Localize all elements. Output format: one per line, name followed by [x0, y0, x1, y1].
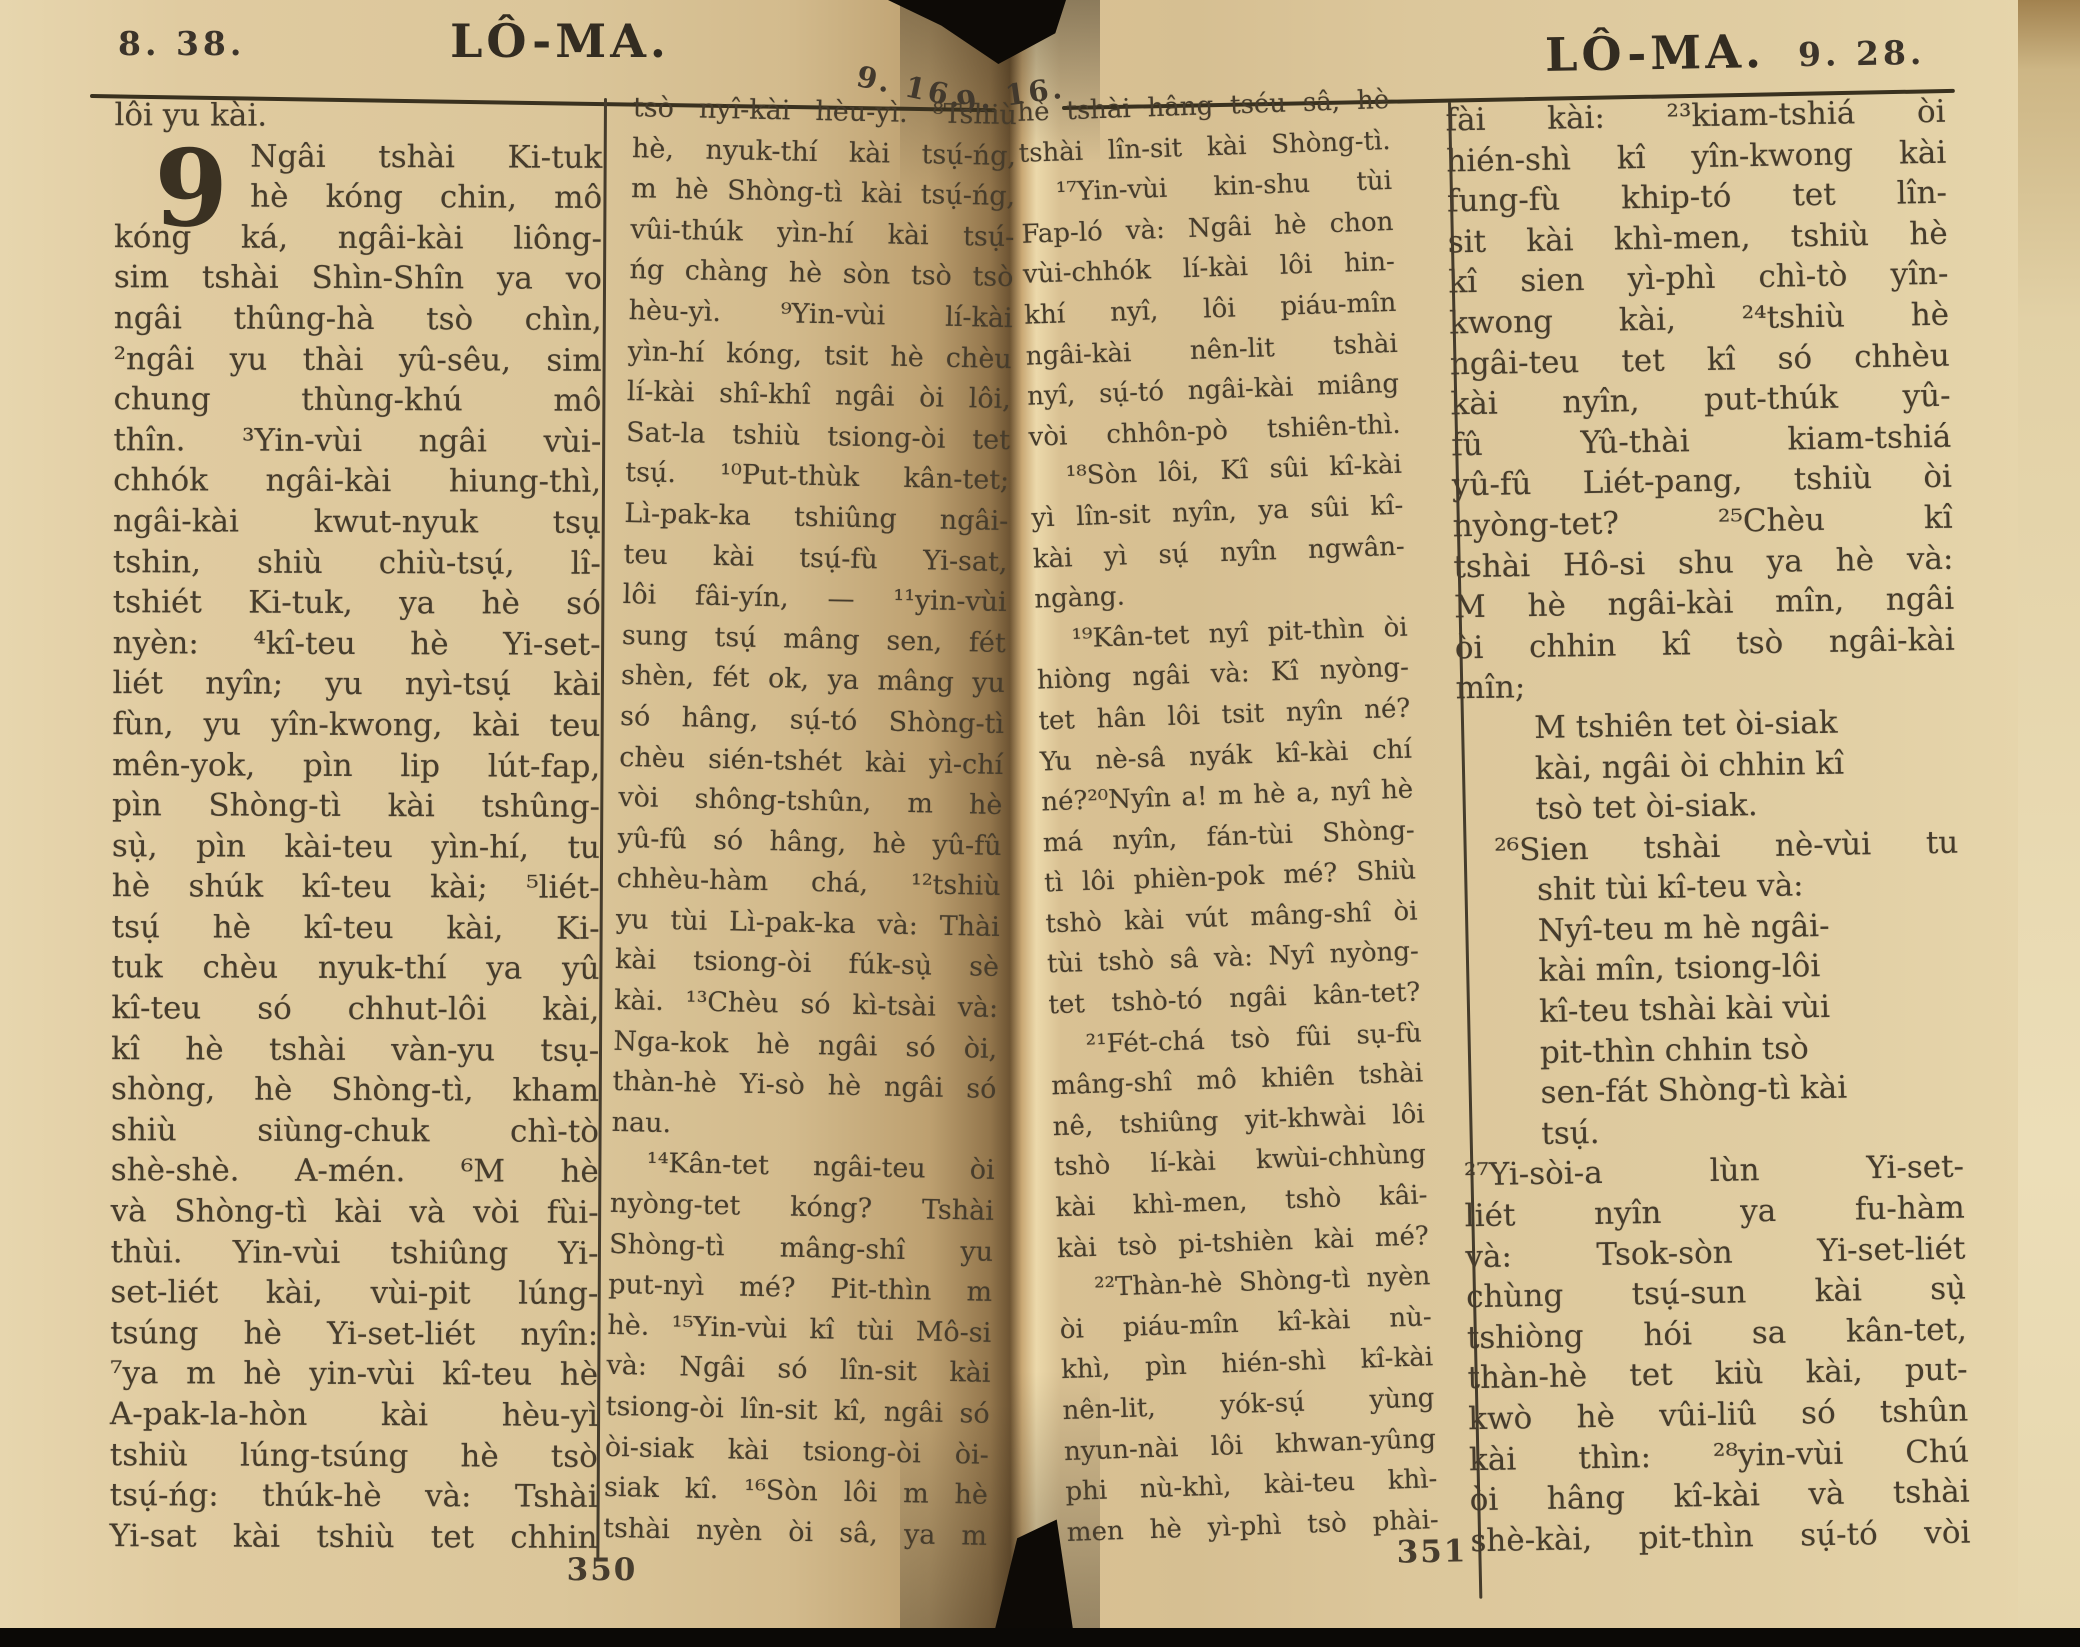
text-line: kî hè tshài vàn-yu tsụ- — [111, 1029, 599, 1071]
running-head-chapter-verse-left: 8. 38. — [118, 24, 245, 63]
page-number-left: 350 — [552, 1552, 652, 1588]
text-line: thîn. ³Yin-vùi ngâi vùi- — [113, 420, 601, 462]
text-line: fùn, yu yîn-kwong, kài teu — [112, 704, 600, 746]
text-line: ngâi thûng-hà tsò chìn, — [114, 298, 602, 340]
text-line: nyèn: ⁴kî-teu hè Yi-set- — [113, 623, 601, 665]
text-line: ⁷ya m hè yin-vùi kî-teu hè — [110, 1354, 598, 1396]
page-number-right: 351 — [1382, 1533, 1483, 1571]
text-line: thùi. Yin-vùi tshiûng Yi- — [110, 1232, 598, 1274]
book-title-right: LÔ-MA. — [1525, 24, 1786, 83]
text-line: kî-teu só chhut-lôi kài, — [111, 988, 599, 1030]
text-line: tshin, shiù chiù-tsụ́, lî- — [113, 542, 601, 584]
text-line: sim tshài Shìn-Shîn ya vo — [114, 258, 602, 300]
text-line: chung thùng-khú mô — [113, 379, 601, 421]
text-line: tsụ́-ńg: thúk-hè và: Tshài — [110, 1475, 598, 1517]
text-line: liét nyîn; yu nyì-tsụ́ kài — [112, 663, 600, 705]
text-line: shiù siùng-chuk chì-tò — [111, 1110, 599, 1152]
text-line: tsúng hè Yi-set-liét nyîn: — [110, 1313, 598, 1355]
running-head-chapter-verse-right: 9. 28. — [1798, 33, 1926, 74]
text-line: tsụ́ hè kî-teu kài, Ki- — [112, 907, 600, 949]
text-line: set-liét kài, vùi-pit lúng- — [110, 1272, 598, 1314]
scanner-bed-edge — [0, 1628, 2080, 1647]
text-line: mên-yok, pìn lip lút-fap, — [112, 745, 600, 787]
text-line: shè-shè. A-mén. ⁶M hè — [111, 1151, 599, 1193]
text-column-right-2: fài kài: ²³kiam-tshiá òihién-shì kî yîn-… — [1445, 92, 1970, 1562]
text-line: shòng, hè Shòng-tì, kham — [111, 1069, 599, 1111]
text-column-left-2: tsò nyî-kài hèu-yì. ⁸Tshiùhè, nyuk-thí k… — [603, 88, 1018, 1557]
text-line: Yi-sat kài tshiù tet chhin — [109, 1516, 597, 1558]
text-line: hè shúk kî-teu kài; ⁵liét- — [112, 866, 600, 908]
text-line: sụ̀, pìn kài-teu yìn-hí, tu — [112, 826, 600, 868]
book-fore-edge — [2018, 0, 2080, 1647]
text-line: tshiù lúng-tsúng hè tsò — [110, 1435, 598, 1477]
text-line: chhók ngâi-kài hiung-thì, — [113, 460, 601, 502]
text-line: ngâi-kài kwut-nyuk tsụ — [113, 501, 601, 543]
text-line: A-pak-la-hòn kài hèu-yì — [110, 1394, 598, 1436]
text-line: tshiét Ki-tuk, ya hè só — [113, 582, 601, 624]
text-line: ²ngâi yu thài yû-sêu, sim — [114, 339, 602, 381]
text-column-left-1: 9 lôi yu kài.Ngâi tshài Ki-tukhè kóng ch… — [109, 95, 602, 1558]
text-column-right-1: hè tshài hâng tséu sâ, hètshài lîn-sit k… — [1017, 80, 1440, 1553]
text-line: và Shòng-tì kài và vòi fùi- — [111, 1191, 599, 1233]
book-title-left: LÔ-MA. — [430, 14, 690, 68]
text-line: pìn Shòng-tì kài tshûng- — [112, 785, 600, 827]
text-line: tshài nyèn òi sâ, ya m — [603, 1509, 988, 1558]
book-scan: 8. 38. LÔ-MA. 9. 16. 9. 16. LÔ-MA. 9. 28… — [0, 0, 2080, 1647]
text-line: tuk chèu nyuk-thí ya yû — [111, 948, 599, 990]
chapter-drop-cap: 9 — [154, 135, 228, 241]
